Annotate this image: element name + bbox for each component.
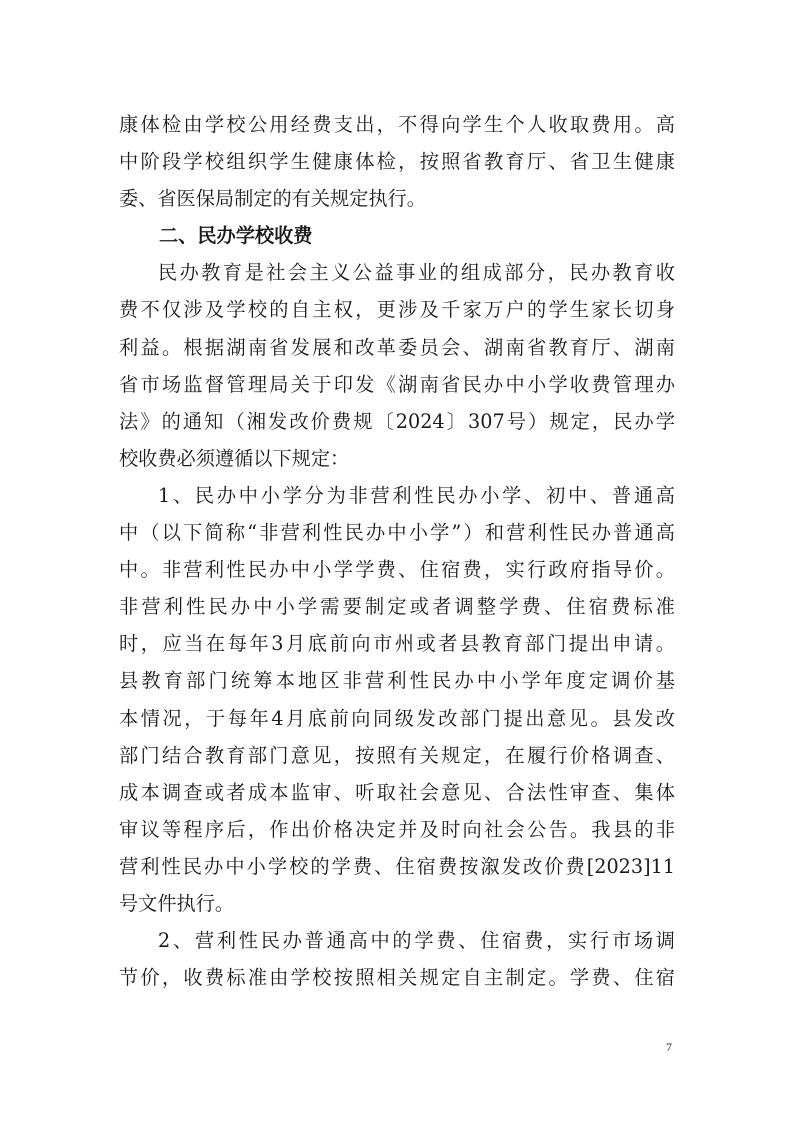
text-line: 成本调查或者成本监审、听取社会意见、合法性审查、集体: [119, 774, 675, 811]
text-line: 县教育部门统筹本地区非营利性民办中小学年度定调价基: [119, 662, 675, 699]
text-line: 本情况，于每年4月底前向同级发改部门提出意见。县发改: [119, 700, 675, 737]
document-page: 康体检由学校公用经费支出，不得向学生个人收取费用。高 中阶段学校组织学生健康体检…: [0, 0, 793, 1122]
text-line: 营利性民办中小学校的学费、住宿费按溆发改价费[2023]11: [119, 848, 675, 885]
text-line: 1、民办中小学分为非营利性民办小学、初中、普通高: [119, 477, 675, 514]
text-line: 校收费必须遵循以下规定：: [119, 440, 675, 477]
text-line: 法》的通知（湘发改价费规〔2024〕307号）规定，民办学: [119, 403, 675, 440]
text-line: 费不仅涉及学校的自主权，更涉及千家万户的学生家长切身: [119, 291, 675, 328]
text-line: 部门结合教育部门意见，按照有关规定，在履行价格调查、: [119, 737, 675, 774]
page-number: 7: [666, 1040, 672, 1055]
text-line: 利益。根据湖南省发展和改革委员会、湖南省教育厅、湖南: [119, 329, 675, 366]
text-line: 委、省医保局制定的有关规定执行。: [119, 180, 675, 217]
text-line: 省市场监督管理局关于印发《湖南省民办中小学收费管理办: [119, 366, 675, 403]
text-line: 中阶段学校组织学生健康体检，按照省教育厅、省卫生健康: [119, 143, 675, 180]
text-line: 非营利性民办中小学需要制定或者调整学费、住宿费标准: [119, 588, 675, 625]
text-line: 康体检由学校公用经费支出，不得向学生个人收取费用。高: [119, 106, 675, 143]
text-line: 2、营利性民办普通高中的学费、住宿费，实行市场调: [119, 922, 675, 959]
text-line: 号文件执行。: [119, 885, 675, 922]
text-line: 时，应当在每年3月底前向市州或者县教育部门提出申请。: [119, 625, 675, 662]
section-heading: 二、民办学校收费: [119, 217, 675, 254]
text-line: 民办教育是社会主义公益事业的组成部分，民办教育收: [119, 254, 675, 291]
item-1-paragraph: 1、民办中小学分为非营利性民办小学、初中、普通高 中（以下简称“非营利性民办中小…: [119, 477, 675, 922]
continuation-paragraph: 康体检由学校公用经费支出，不得向学生个人收取费用。高 中阶段学校组织学生健康体检…: [119, 106, 675, 217]
text-line: 节价，收费标准由学校按照相关规定自主制定。学费、住宿: [119, 959, 675, 996]
document-body: 康体检由学校公用经费支出，不得向学生个人收取费用。高 中阶段学校组织学生健康体检…: [119, 106, 675, 996]
text-line: 中（以下简称“非营利性民办中小学”）和营利性民办普通高: [119, 514, 675, 551]
item-2-paragraph: 2、营利性民办普通高中的学费、住宿费，实行市场调 节价，收费标准由学校按照相关规…: [119, 922, 675, 996]
text-line: 中。非营利性民办中小学学费、住宿费，实行政府指导价。: [119, 551, 675, 588]
text-line: 审议等程序后，作出价格决定并及时向社会公告。我县的非: [119, 811, 675, 848]
intro-paragraph: 民办教育是社会主义公益事业的组成部分，民办教育收 费不仅涉及学校的自主权，更涉及…: [119, 254, 675, 477]
